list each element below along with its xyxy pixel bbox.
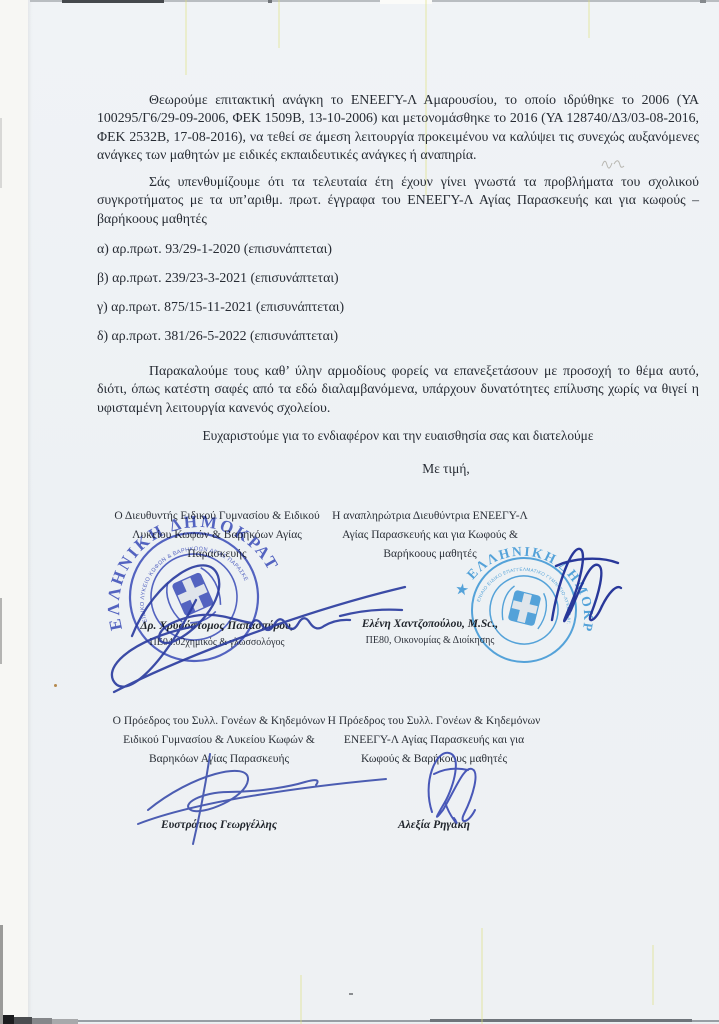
scanner-streak [185, 0, 187, 75]
scanner-streak [588, 0, 590, 38]
scanner-streak [300, 975, 302, 1024]
scan-bottom-edge-dark [430, 1019, 692, 1022]
paragraph-reminder: Σάς υπενθυμίζουμε ότι τα τελευταία έτη έ… [97, 173, 699, 228]
signature-papaspyrou [100, 540, 415, 700]
paragraph-request: Παρακαλούμε τους καθ’ ύλην αρμοδίους φορ… [97, 362, 699, 417]
scan-top-edge-dark [62, 0, 164, 3]
scan-corner-block-2 [14, 1017, 32, 1024]
list-item-d: δ) αρ.πρωτ. 381/26-5-2022 (επισυνάπτεται… [97, 328, 338, 344]
signature-rigaki [404, 740, 484, 832]
list-item-c: γ) αρ.πρωτ. 875/15-11-2021 (επισυνάπτετα… [97, 299, 344, 315]
closing-line: Ευχαριστούμε για το ενδιαφέρον και την ε… [97, 428, 699, 444]
paper-speck-brown [54, 684, 57, 687]
scanner-streak [481, 928, 483, 1024]
scan-top-speck-2 [700, 0, 706, 3]
scan-left-smudge-3 [0, 925, 3, 1024]
pencil-mark [600, 155, 626, 171]
scan-corner-block-3 [32, 1018, 52, 1024]
paragraph-founding: Θεωρούμε επιτακτική ανάγκη το ΕΝΕΕΓΥ-Λ Α… [97, 91, 699, 165]
scan-left-smudge-2 [0, 598, 2, 664]
scan-top-speck [268, 0, 272, 3]
scanner-streak [652, 945, 654, 1005]
signature-chantzopoulou [528, 536, 628, 640]
scanner-streak [278, 0, 280, 48]
salutation: Με τιμή, [330, 461, 562, 477]
paper-speck-gray [349, 993, 353, 995]
scan-corner-block-4 [52, 1019, 78, 1024]
list-item-a: α) αρ.πρωτ. 93/29-1-2020 (επισυνάπτεται) [97, 241, 332, 257]
scan-left-smudge-1 [0, 118, 2, 188]
list-item-b: β) αρ.πρωτ. 239/23-3-2021 (επισυνάπτεται… [97, 270, 339, 286]
signature-georgellis [130, 752, 400, 848]
scanned-letter-page: Θεωρούμε επιτακτική ανάγκη το ΕΝΕΕΓΥ-Λ Α… [0, 0, 719, 1024]
